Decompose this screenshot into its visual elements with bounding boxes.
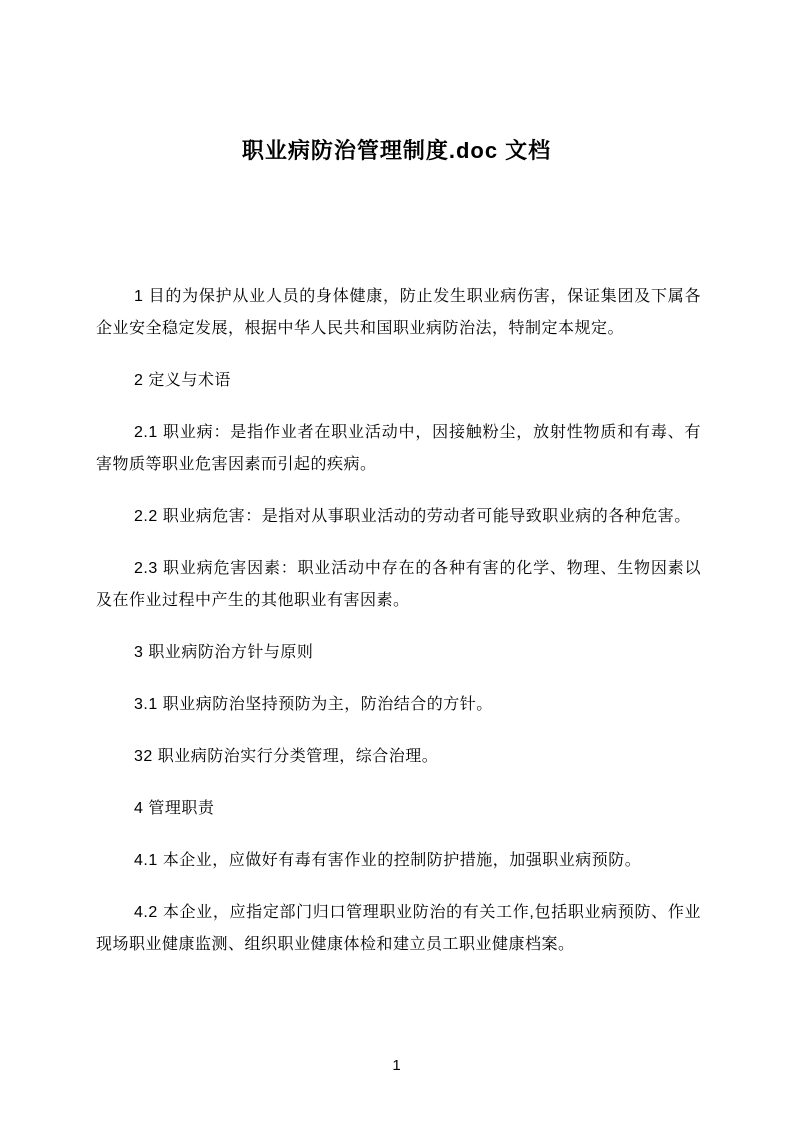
- paragraph-3-2: 32 职业病防治实行分类管理，综合治理。: [96, 741, 701, 773]
- paragraph-policy-heading: 3 职业病防治方针与原则: [96, 637, 701, 669]
- page-number: 1: [0, 1058, 793, 1074]
- paragraph-purpose: 1 目的为保护从业人员的身体健康，防止发生职业病伤害，保证集团及下属各企业安全稳…: [96, 281, 701, 345]
- paragraph-2-3: 2.3 职业病危害因素：职业活动中存在的各种有害的化学、物理、生物因素以及在作业…: [96, 553, 701, 617]
- document-page: 职业病防治管理制度.doc 文档 1 目的为保护从业人员的身体健康，防止发生职业…: [0, 0, 793, 1122]
- paragraph-duties-heading: 4 管理职责: [96, 793, 701, 825]
- document-body: 1 目的为保护从业人员的身体健康，防止发生职业病伤害，保证集团及下属各企业安全稳…: [96, 165, 701, 961]
- paragraph-definitions-heading: 2 定义与术语: [96, 365, 701, 397]
- paragraph-4-1: 4.1 本企业，应做好有毒有害作业的控制防护措施，加强职业病预防。: [96, 845, 701, 877]
- paragraph-2-1: 2.1 职业病：是指作业者在职业活动中，因接触粉尘，放射性物质和有毒、有害物质等…: [96, 417, 701, 481]
- paragraph-2-2: 2.2 职业病危害：是指对从事职业活动的劳动者可能导致职业病的各种危害。: [96, 501, 701, 533]
- paragraph-4-2: 4.2 本企业，应指定部门归口管理职业防治的有关工作,包括职业病预防、作业现场职…: [96, 897, 701, 961]
- document-title: 职业病防治管理制度.doc 文档: [0, 0, 793, 165]
- paragraph-3-1: 3.1 职业病防治坚持预防为主，防治结合的方针。: [96, 689, 701, 721]
